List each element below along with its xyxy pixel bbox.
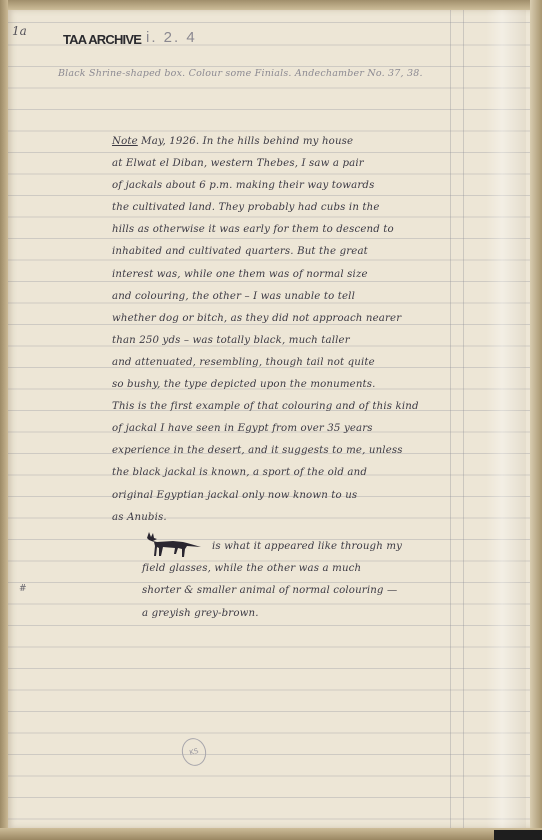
note-line: whether dog or bitch, as they did not ap…	[112, 308, 442, 330]
note-line: and colouring, the other – I was unable …	[112, 286, 442, 308]
note-line: of jackals about 6 p.m. making their way…	[112, 175, 442, 197]
note-line: Note May, 1926. In the hills behind my h…	[112, 131, 442, 153]
margin-rule	[463, 10, 464, 828]
caption-line: a greyish grey-brown.	[142, 603, 462, 625]
caption-line: is what it appeared like through my	[142, 536, 462, 558]
note-line: than 250 yds – was totally black, much t…	[112, 330, 442, 352]
note-line: and attenuated, resembling, though tail …	[112, 352, 442, 374]
corner-mark: 1a	[12, 24, 27, 38]
note-line: at Elwat el Diban, western Thebes, I saw…	[112, 153, 442, 175]
page-bottom-edge	[0, 828, 542, 840]
reference-number: i. 2. 4	[146, 29, 197, 46]
note-line: so bushy, the type depicted upon the mon…	[112, 374, 442, 396]
note-line: original Egyptian jackal only now known …	[112, 485, 442, 507]
note-label: Note	[112, 136, 138, 147]
archive-stamp: TAA ARCHIVE	[63, 32, 141, 47]
binding-spine	[0, 0, 8, 840]
scan-corner-shadow	[494, 830, 542, 840]
note-line: hills as otherwise it was early for them…	[112, 219, 442, 241]
scanned-document: 1a TAA ARCHIVE i. 2. 4 Black Shrine-shap…	[0, 0, 542, 840]
note-body: Note May, 1926. In the hills behind my h…	[112, 131, 442, 529]
note-line: the black jackal is known, a sport of th…	[112, 462, 442, 484]
note-line: the cultivated land. They probably had c…	[112, 197, 442, 219]
page-right-edge	[530, 0, 542, 840]
sketch-caption: is what it appeared like through my fiel…	[142, 536, 462, 625]
caption-line: field glasses, while the other was a muc…	[142, 558, 462, 580]
note-line: inhabited and cultivated quarters. But t…	[112, 241, 442, 263]
caption-line: shorter & smaller animal of normal colou…	[142, 580, 462, 602]
note-line: as Anubis.	[112, 507, 442, 529]
note-line: interest was, while one them was of norm…	[112, 264, 442, 286]
note-line: of jackal I have seen in Egypt from over…	[112, 418, 442, 440]
stamp-text: KS	[189, 747, 200, 757]
page-top-edge	[0, 0, 542, 10]
note-line: This is the first example of that colour…	[112, 396, 442, 418]
object-heading: Black Shrine-shaped box. Colour some Fin…	[58, 68, 423, 79]
note-line: experience in the desert, and it suggest…	[112, 440, 442, 462]
page-fold-shadow	[486, 10, 526, 828]
margin-rule	[450, 10, 451, 828]
margin-mark: #	[19, 584, 27, 594]
